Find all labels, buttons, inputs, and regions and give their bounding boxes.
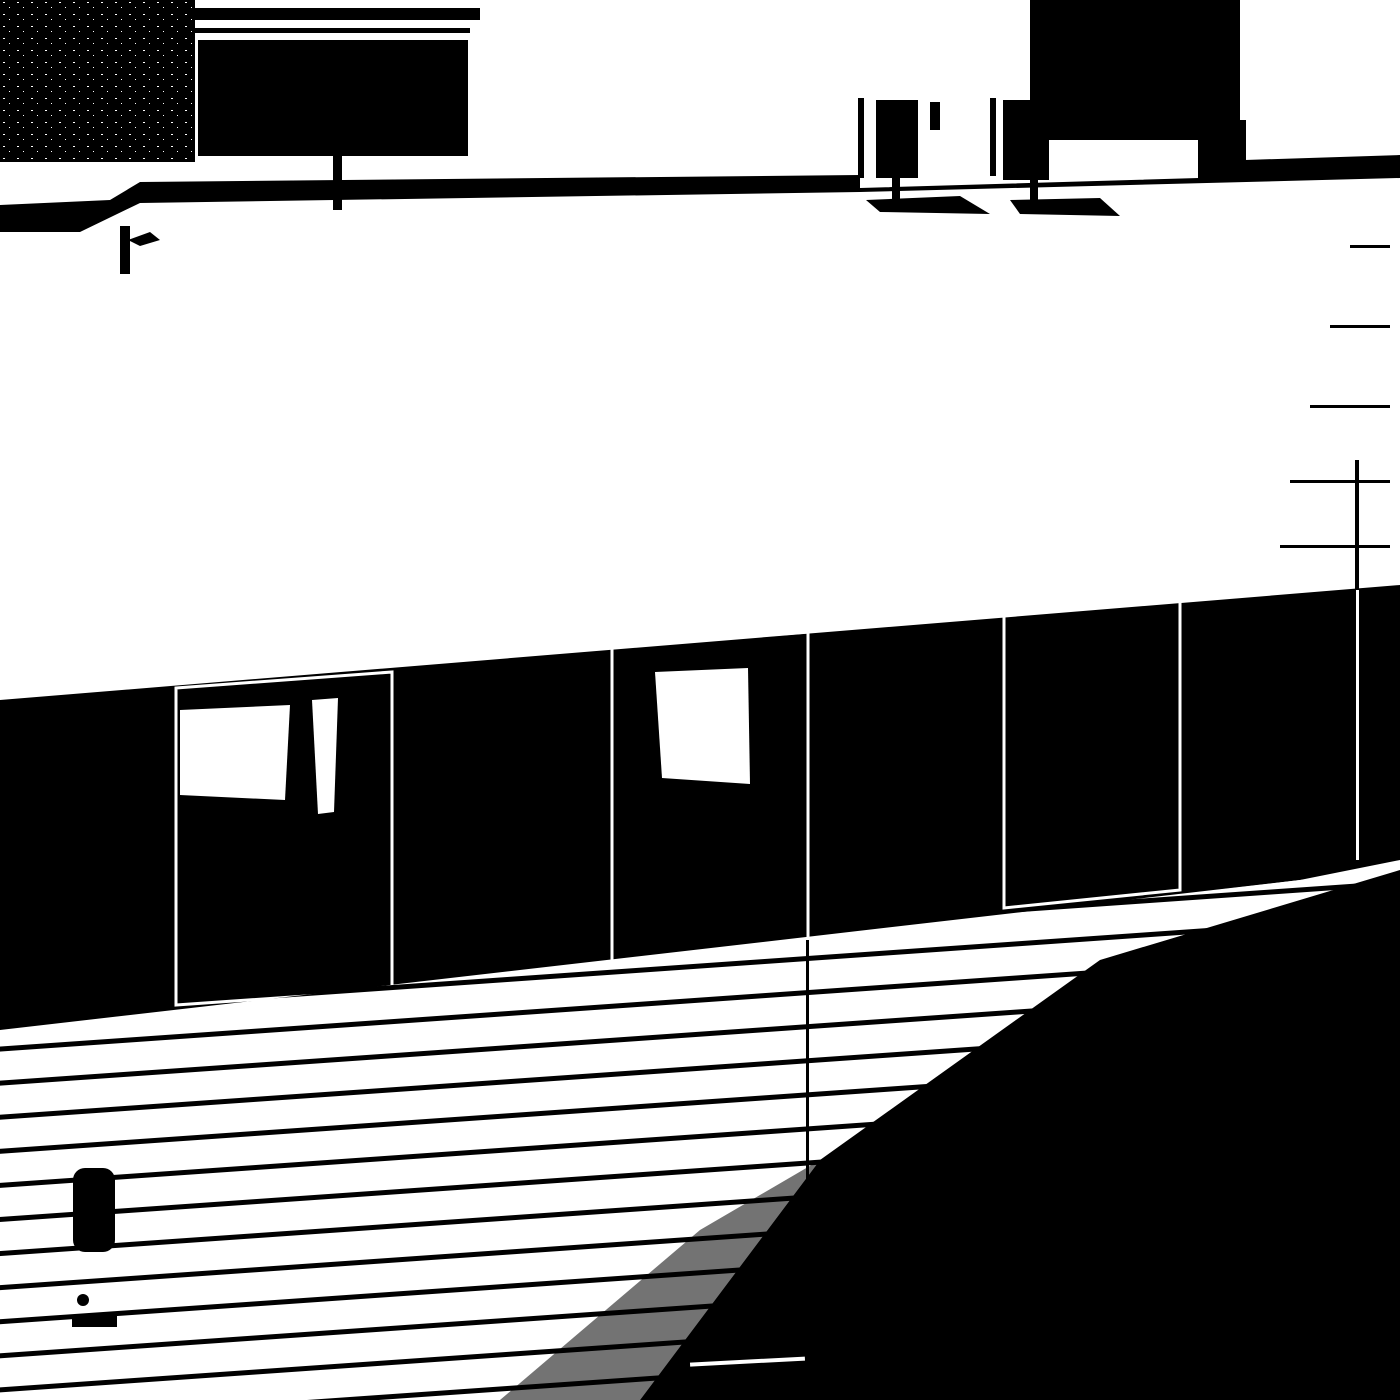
dark-tower (1030, 0, 1240, 140)
lamp-post (333, 140, 342, 210)
window-band-edge (1356, 590, 1359, 860)
photo-scene (0, 0, 1400, 1400)
seam-line (806, 940, 809, 1400)
building-trim (195, 28, 470, 33)
brick-building (0, 0, 195, 162)
roof-vent-cap (73, 1168, 115, 1252)
building-cornice (192, 8, 480, 20)
dark-window-top (198, 40, 468, 156)
roof-debris (72, 1315, 117, 1327)
roof-drain (77, 1294, 89, 1306)
